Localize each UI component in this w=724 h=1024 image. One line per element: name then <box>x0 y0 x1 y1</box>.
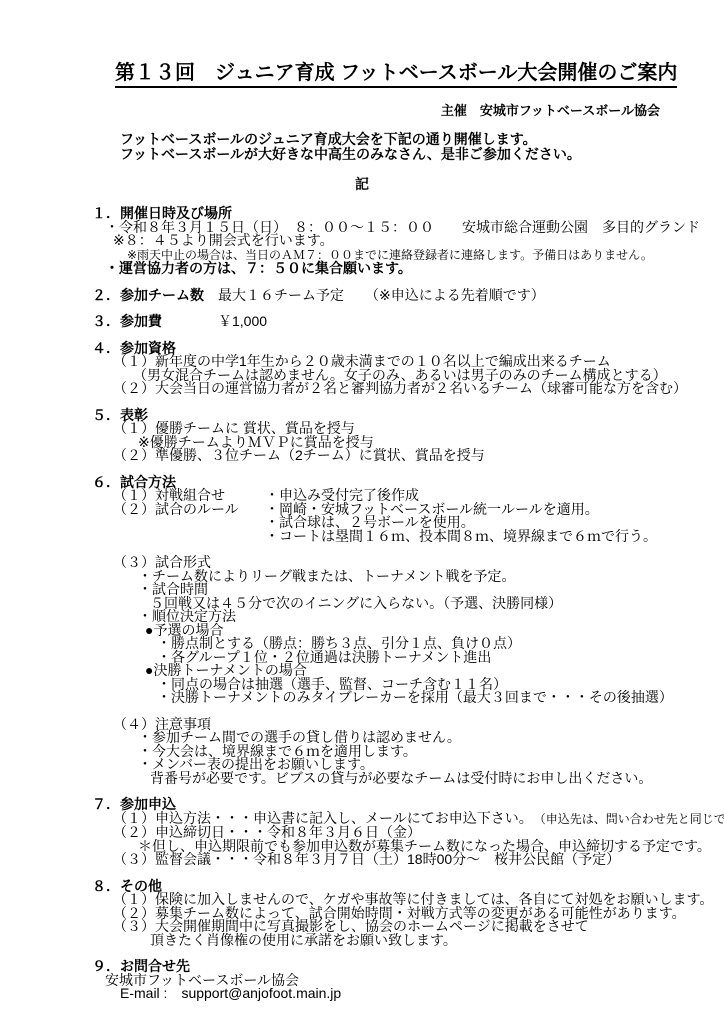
text-segment: ￥1,000 <box>162 313 267 329</box>
doc-line: ・運営協力者の方は、７：５０に集合願います。 <box>0 262 724 276</box>
record-mark: 記 <box>0 174 724 194</box>
text-segment: （２）大会当日の運営協力者が２名と審判協力者が２名いるチーム（球審可能な方を含む… <box>113 380 687 396</box>
section-heading: ３．参加費 ￥1,000 <box>0 315 724 329</box>
intro-line-1: フットベースボールのジュニア育成大会を下記の通り開催します。 <box>120 132 724 147</box>
doc-line: ※８：４５より開会式を行います。 <box>0 234 724 248</box>
doc-line: ・決勝トーナメントのみタイブレーカーを採用（最大３回まで・・・その後抽選） <box>0 691 724 705</box>
section-8-other: ８．その他（１）保険に加入しませんので、ケガや事故等に付きましては、各自にて対処… <box>0 880 724 948</box>
text-segment: ※８：４５より開会式を行います。 <box>113 232 334 248</box>
title-row: 第１３回 ジュニア育成 フットベースボール大会開催のご案内 <box>115 56 724 88</box>
section-3-entry-fee: ３．参加費 ￥1,000 <box>0 315 724 329</box>
section-heading: ２．参加チーム数 最大１６チーム予定 （※申込による先着順です） <box>0 289 724 303</box>
section-4-eligibility: ４．参加資格（１）新年度の中学1年生から２０歳未満までの１０名以上で編成出来るチ… <box>0 342 724 396</box>
text-segment: 頂きたく肖像権の使用に承諾をお願い致します。 <box>150 932 457 948</box>
document-title: 第１３回 ジュニア育成 フットベースボール大会開催のご案内 <box>115 56 677 88</box>
text-segment: ３．参加費 <box>92 313 162 329</box>
section-heading: ５．表彰 <box>0 409 724 423</box>
sections-container: １．開催日時及び場所・令和８年３月１５日（日） ８：００～１５：００ 安城市総合… <box>0 207 724 1001</box>
intro-line-2: フットベースボールが大好きな中高生のみなさん、是非ご参加ください。 <box>120 147 724 162</box>
doc-line: 背番号が必要です。ビブスの貸与が必要なチームは受付時にお申し出ください。 <box>0 772 724 786</box>
section-5-awards: ５．表彰（１）優勝チームに 賞状、賞品を授与※優勝チームよりＭＶＰに賞品を授与（… <box>0 409 724 463</box>
section-9-contact: ９．お問合せ先安城市フットベースボール協会E-mail : support@an… <box>0 960 724 1001</box>
text-segment: ・コートは塁間１６ｍ、投本間８ｍ、境界線まで６ｍで行う。 <box>265 528 657 544</box>
text-segment: 最大１６チーム予定 （※申込による先着順です） <box>204 287 545 303</box>
text-segment: （申込先は、問い合わせ先と同じです） <box>540 812 724 826</box>
section-7-application: ７．参加申込（１）申込方法・・・申込書に記入し、メールにてお申込下さい。 （申込… <box>0 798 724 867</box>
text-segment: （３）監督会議・・・令和８年３月７日（土）18時00分～ 桜井公民館（予定） <box>113 851 620 867</box>
doc-line: 頂きたく肖像権の使用に承諾をお願い致します。 <box>0 934 724 948</box>
section-1-schedule-venue: １．開催日時及び場所・令和８年３月１５日（日） ８：００～１５：００ 安城市総合… <box>0 207 724 276</box>
doc-line: ・各グループ１位・２位通過は決勝トーナメント進出 <box>0 651 724 665</box>
text-segment: ・運営協力者の方は、７：５０に集合願います。 <box>105 260 412 276</box>
document-page: 第１３回 ジュニア育成 フットベースボール大会開催のご案内 主催 安城市フットベ… <box>0 0 724 1024</box>
text-segment: （２）試合のルール <box>113 503 265 517</box>
text-segment: E-mail : support@anjofoot.main.jp <box>120 985 341 1001</box>
doc-line: （３）監督会議・・・令和８年３月７日（土）18時00分～ 桜井公民館（予定） <box>0 853 724 867</box>
contact-association-name: 安城市フットベースボール協会 <box>0 974 724 988</box>
doc-line: ・コートは塁間１６ｍ、投本間８ｍ、境界線まで６ｍで行う。 <box>0 530 724 544</box>
section-6-match-rules: ６．試合方法（１）対戦組合せ・申込み受付完了後作成（２）試合のルール・岡崎・安城… <box>0 476 724 786</box>
contact-email: E-mail : support@anjofoot.main.jp <box>0 987 724 1001</box>
organizer-line: 主催 安城市フットベースボール協会 <box>0 100 660 119</box>
doc-line: ・チーム数によりリーグ戦または、トーナメント戦を予定。 <box>0 570 724 584</box>
doc-line: （２）大会当日の運営協力者が２名と審判協力者が２名いるチーム（球審可能な方を含む… <box>0 382 724 396</box>
text-segment: （２）準優勝、３位チーム（2チーム）に賞状、賞品を授与 <box>113 447 485 463</box>
text-segment: 背番号が必要です。ビブスの貸与が必要なチームは受付時にお申し出ください。 <box>150 770 652 786</box>
text-segment: ・決勝トーナメントのみタイブレーカーを採用（最大３回まで・・・その後抽選） <box>157 689 673 705</box>
section-2-team-count: ２．参加チーム数 最大１６チーム予定 （※申込による先着順です） <box>0 289 724 303</box>
doc-line: ・令和８年３月１５日（日） ８：００～１５：００ 安城市総合運動公園 多目的グラ… <box>0 221 724 235</box>
doc-line: ・順位決定方法 <box>0 610 724 624</box>
doc-line: （２）準優勝、３位チーム（2チーム）に賞状、賞品を授与 <box>0 449 724 463</box>
text-segment: ２．参加チーム数 <box>92 287 204 303</box>
doc-line: ５回戦又は４５分で次のイニングに入らない。（予選、決勝同様） <box>0 597 724 611</box>
